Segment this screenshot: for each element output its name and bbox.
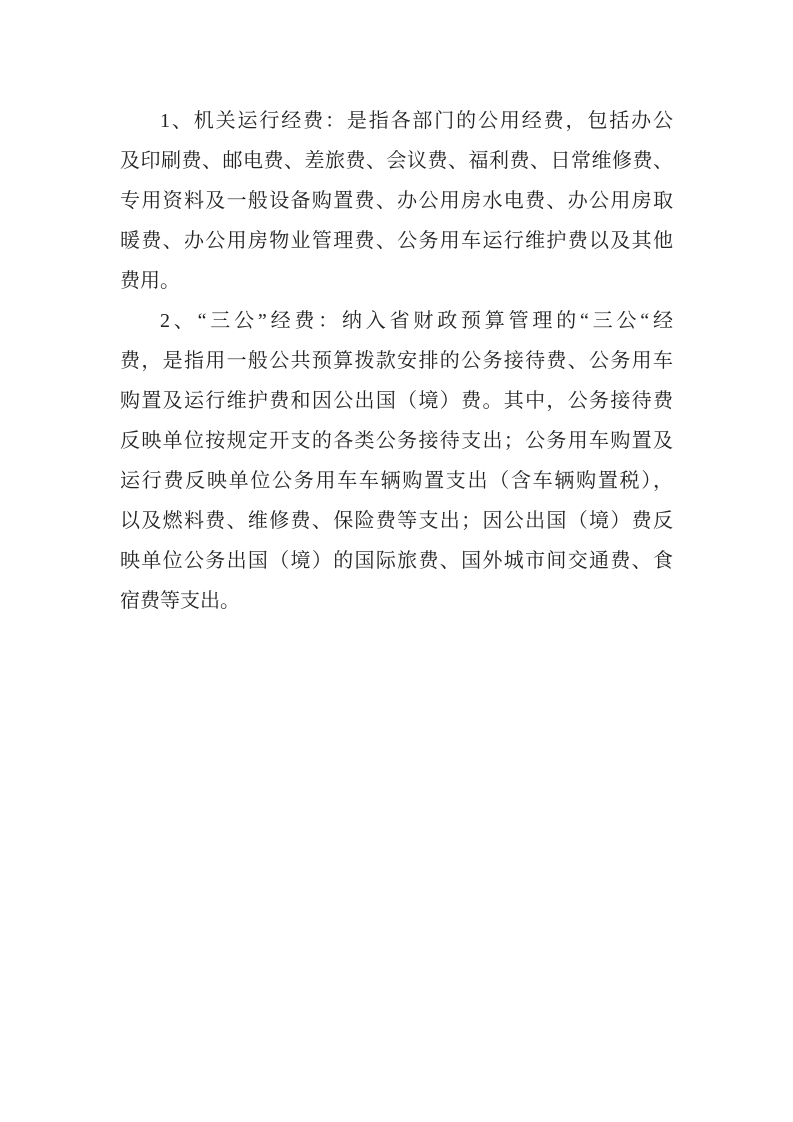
text-line: 购置及运行维护费和因公出国（境）费。其中，公务接待费	[120, 381, 673, 421]
paragraph: 2、“三公”经费：纳入省财政预算管理的“三公“经费，是指用一般公共预算拨款安排的…	[120, 301, 673, 621]
text-line: 反映单位按规定开支的各类公务接待支出；公务用车购置及	[120, 421, 673, 461]
text-line: 暖费、办公用房物业管理费、公务用车运行维护费以及其他	[120, 221, 673, 261]
text-line: 1、机关运行经费：是指各部门的公用经费，包括办公	[120, 101, 673, 141]
document-body: 1、机关运行经费：是指各部门的公用经费，包括办公及印刷费、邮电费、差旅费、会议费…	[120, 101, 673, 621]
document-page: 1、机关运行经费：是指各部门的公用经费，包括办公及印刷费、邮电费、差旅费、会议费…	[0, 0, 793, 1122]
text-line: 映单位公务出国（境）的国际旅费、国外城市间交通费、食	[120, 541, 673, 581]
text-line: 运行费反映单位公务用车车辆购置支出（含车辆购置税），	[120, 461, 673, 501]
text-line: 以及燃料费、维修费、保险费等支出；因公出国（境）费反	[120, 501, 673, 541]
text-line: 专用资料及一般设备购置费、办公用房水电费、办公用房取	[120, 181, 673, 221]
text-line: 费，是指用一般公共预算拨款安排的公务接待费、公务用车	[120, 341, 673, 381]
text-line: 费用。	[120, 261, 673, 301]
text-line: 2、“三公”经费：纳入省财政预算管理的“三公“经	[120, 301, 673, 341]
text-line: 及印刷费、邮电费、差旅费、会议费、福利费、日常维修费、	[120, 141, 673, 181]
text-line: 宿费等支出。	[120, 581, 673, 621]
paragraph: 1、机关运行经费：是指各部门的公用经费，包括办公及印刷费、邮电费、差旅费、会议费…	[120, 101, 673, 301]
